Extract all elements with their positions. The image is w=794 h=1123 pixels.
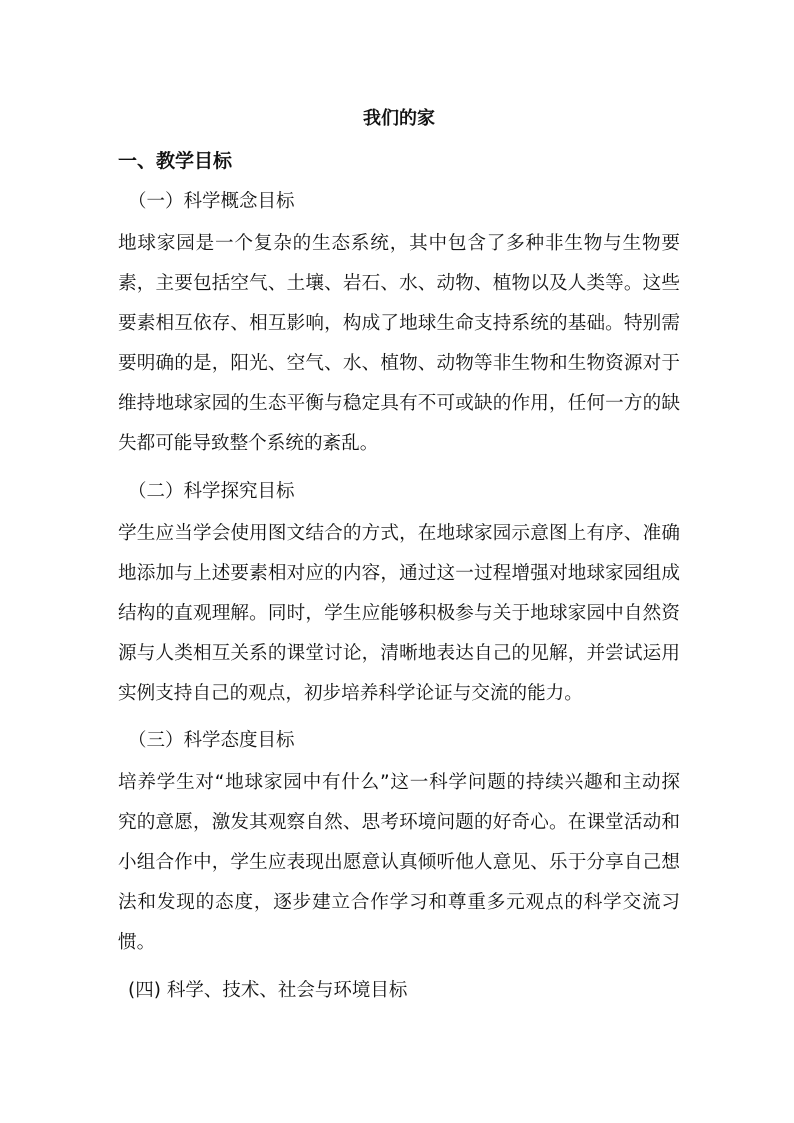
paragraph-line: 失都可能导致整个系统的紊乱。: [118, 424, 680, 464]
paragraph-line: 源与人类相互关系的课堂讨论，清晰地表达自己的见解，并尝试运用: [118, 634, 680, 674]
paragraph-line: 究的意愿，激发其观察自然、思考环境问题的好奇心。在课堂活动和: [118, 803, 680, 843]
paragraph-attitude-goals: 培养学生对“地球家园中有什么”这一科学问题的持续兴趣和主动探 究的意愿，激发其观…: [118, 763, 680, 963]
subsection-heading-inquiry-goals: （二）科学探究目标: [128, 478, 295, 506]
paragraph-line: 地添加与上述要素相对应的内容，通过这一过程增强对地球家园组成: [118, 554, 680, 594]
paragraph-concept-goals: 地球家园是一个复杂的生态系统，其中包含了多种非生物与生物要 素，主要包括空气、土…: [118, 224, 680, 464]
paragraph-line: 要素相互依存、相互影响，构成了地球生命支持系统的基础。特别需: [118, 304, 680, 344]
paragraph-line: 小组合作中，学生应表现出愿意认真倾听他人意见、乐于分享自己想: [118, 843, 680, 883]
paragraph-line: 素，主要包括空气、土壤、岩石、水、动物、植物以及人类等。这些: [118, 264, 680, 304]
paragraph-line: 实例支持自己的观点，初步培养科学论证与交流的能力。: [118, 674, 680, 714]
paragraph-line: 惯。: [118, 923, 680, 963]
document-title: 我们的家: [118, 106, 680, 132]
paragraph-line: 结构的直观理解。同时，学生应能够积极参与关于地球家园中自然资: [118, 594, 680, 634]
section-heading-teaching-goals: 一、教学目标: [118, 147, 232, 175]
paragraph-line: 法和发现的态度，逐步建立合作学习和尊重多元观点的科学交流习: [118, 883, 680, 923]
paragraph-line: 要明确的是，阳光、空气、水、植物、动物等非生物和生物资源对于: [118, 344, 680, 384]
subsection-heading-stse-goals: (四) 科学、技术、社会与环境目标: [128, 977, 407, 1005]
paragraph-line: 培养学生对“地球家园中有什么”这一科学问题的持续兴趣和主动探: [118, 763, 680, 803]
paragraph-line: 学生应当学会使用图文结合的方式，在地球家园示意图上有序、准确: [118, 514, 680, 554]
paragraph-inquiry-goals: 学生应当学会使用图文结合的方式，在地球家园示意图上有序、准确 地添加与上述要素相…: [118, 514, 680, 714]
subsection-heading-attitude-goals: （三）科学态度目标: [128, 727, 295, 755]
paragraph-line: 维持地球家园的生态平衡与稳定具有不可或缺的作用，任何一方的缺: [118, 384, 680, 424]
paragraph-line: 地球家园是一个复杂的生态系统，其中包含了多种非生物与生物要: [118, 224, 680, 264]
subsection-heading-concept-goals: （一）科学概念目标: [128, 188, 295, 216]
